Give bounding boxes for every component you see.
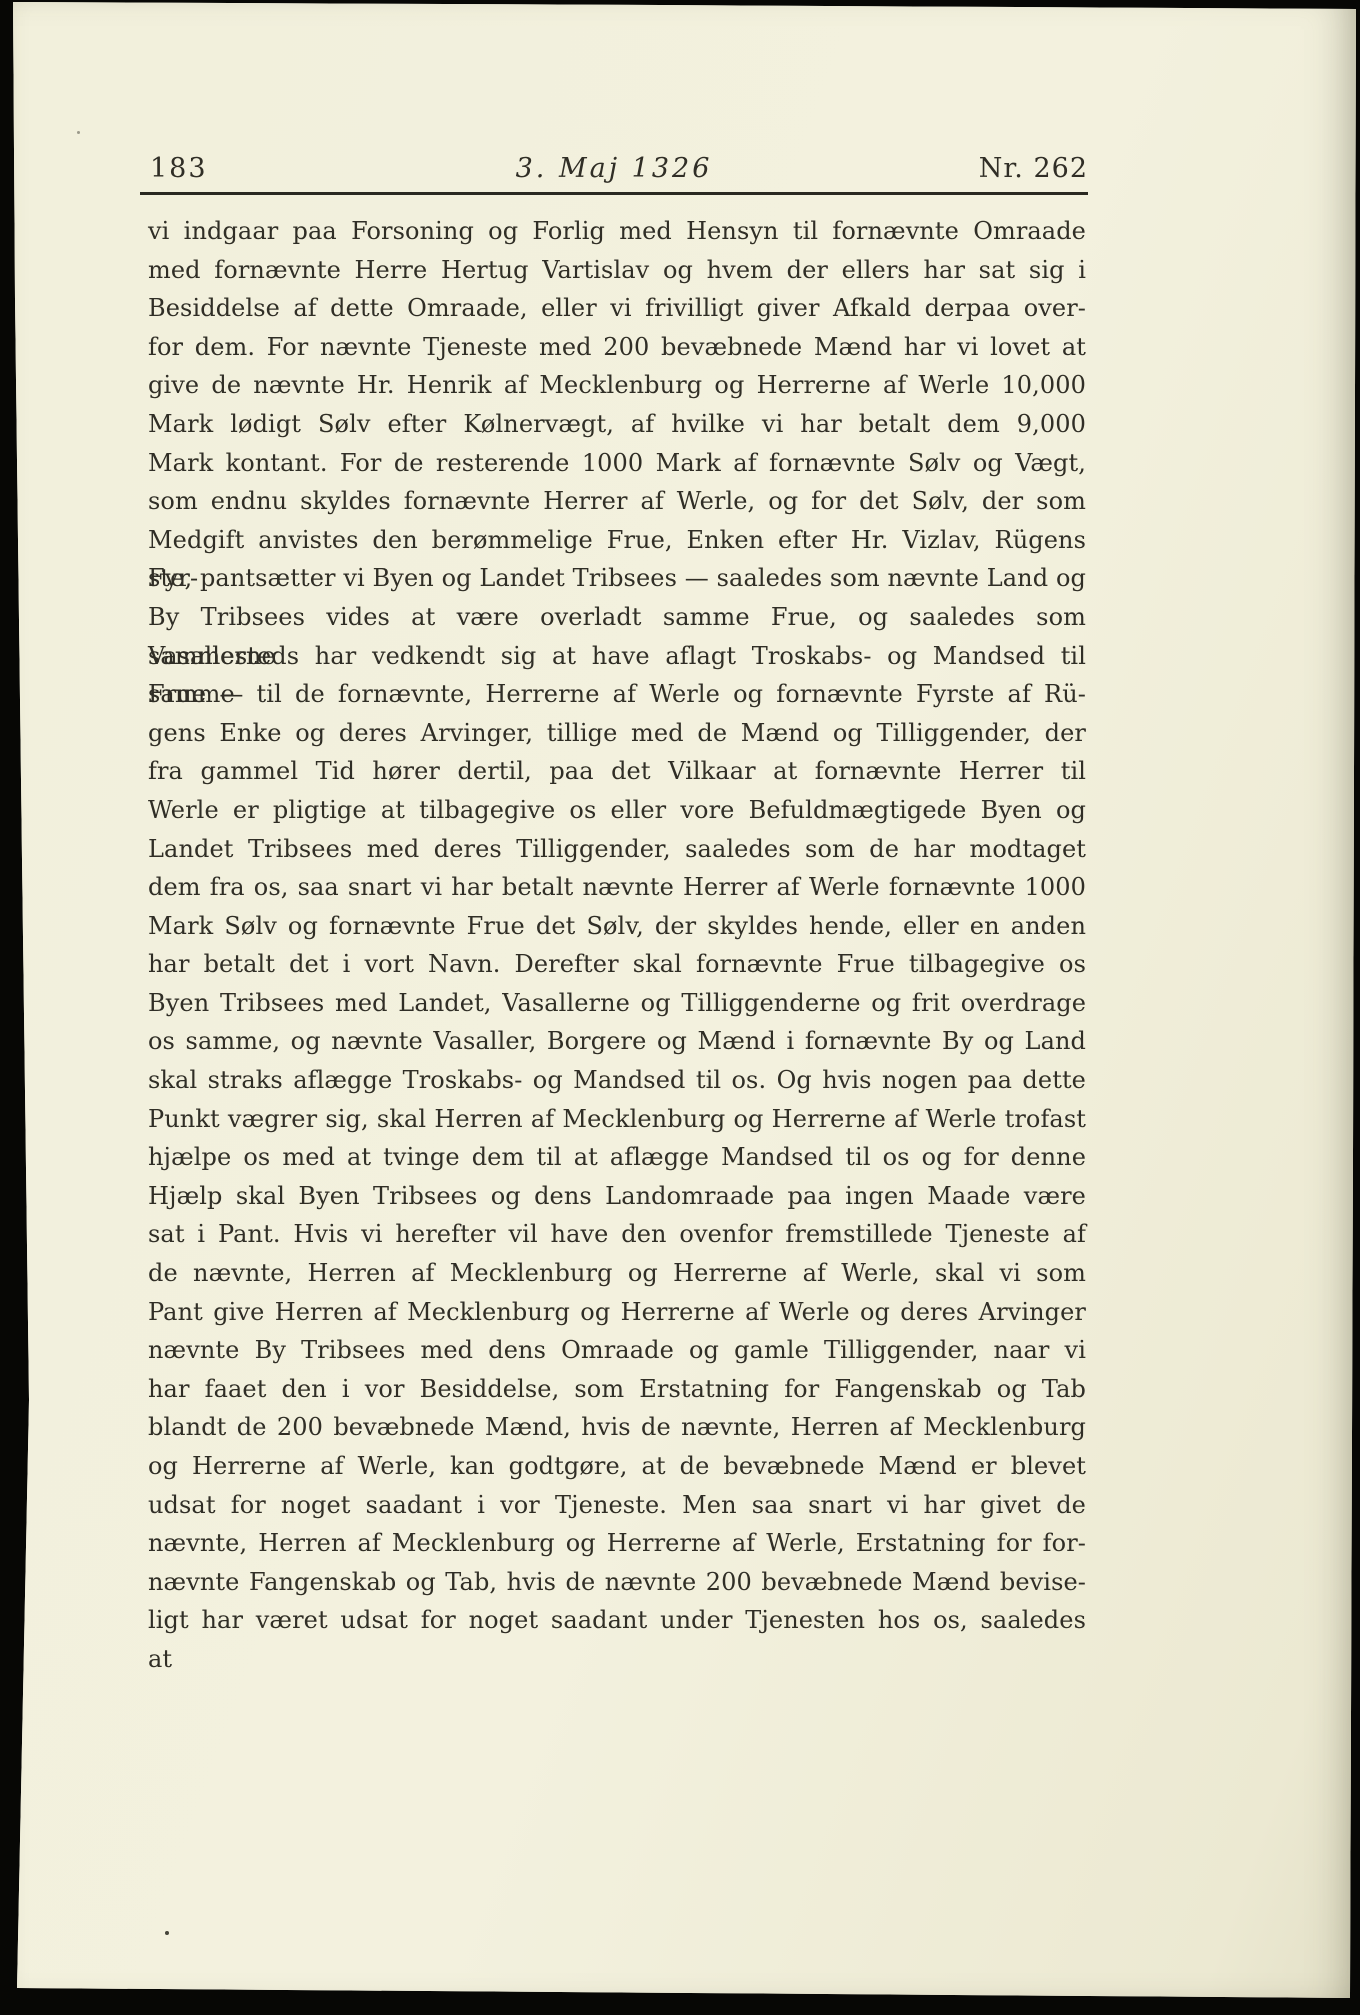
text-line: nævnte, Herren af Mecklenburg og Herrern… — [148, 1524, 1086, 1563]
text-line: skal straks aflægge Troskabs- og Mandsed… — [148, 1061, 1086, 1100]
text-line: give de nævnte Hr. Henrik af Mecklenburg… — [148, 366, 1086, 405]
body-text: vi indgaar paa Forsoning og Forlig med H… — [148, 212, 1086, 1640]
text-line: nævnte Fangenskab og Tab, hvis de nævnte… — [148, 1563, 1086, 1602]
text-line: har faaet den i vor Besiddelse, som Erst… — [148, 1370, 1086, 1409]
text-line: ste, pantsætter vi Byen og Landet Tribse… — [148, 559, 1086, 598]
text-line: Frue — til de fornævnte, Herrerne af Wer… — [148, 675, 1086, 714]
scanned-page-background: { "colors": { "paper": "#f1efdb", "ink":… — [0, 0, 1360, 2015]
text-line: Mark Sølv og fornævnte Frue det Sølv, de… — [148, 907, 1086, 946]
text-line: Werle er pligtige at tilbagegive os elle… — [148, 791, 1086, 830]
text-line: Pant give Herren af Mecklenburg og Herre… — [148, 1293, 1086, 1332]
text-line: blandt de 200 bevæbnede Mænd, hvis de næ… — [148, 1408, 1086, 1447]
paper-speck — [77, 131, 80, 134]
header-rule — [140, 192, 1088, 195]
text-line: Besiddelse af dette Omraade, eller vi fr… — [148, 289, 1086, 328]
text-line: By Tribsees vides at være overladt samme… — [148, 598, 1086, 637]
text-line: Punkt vægrer sig, skal Herren af Mecklen… — [148, 1100, 1086, 1139]
text-line: Byen Tribsees med Landet, Vasallerne og … — [148, 984, 1086, 1023]
text-line: de nævnte, Herren af Mecklenburg og Herr… — [148, 1254, 1086, 1293]
text-line: ligt har været udsat for noget saadant u… — [148, 1601, 1086, 1640]
text-line: dem fra os, saa snart vi har betalt nævn… — [148, 868, 1086, 907]
text-line: har betalt det i vort Navn. Derefter ska… — [148, 945, 1086, 984]
text-line: med fornævnte Herre Hertug Vartislav og … — [148, 251, 1086, 290]
text-line: fra gammel Tid hører dertil, paa det Vil… — [148, 752, 1086, 791]
text-line: hjælpe os med at tvinge dem til at aflæg… — [148, 1138, 1086, 1177]
date-heading: 3. Maj 1326 — [516, 152, 713, 186]
text-line: som endnu skyldes fornævnte Herrer af We… — [148, 482, 1086, 521]
text-line: os samme, og nævnte Vasaller, Borgere og… — [148, 1022, 1086, 1061]
text-line: Medgift anvistes den berømmelige Frue, E… — [148, 521, 1086, 560]
text-line: sat i Pant. Hvis vi herefter vil have de… — [148, 1215, 1086, 1254]
text-line: og Herrerne af Werle, kan godtgøre, at d… — [148, 1447, 1086, 1486]
text-line: for dem. For nævnte Tjeneste med 200 bev… — [148, 328, 1086, 367]
text-line: udsat for noget saadant i vor Tjeneste. … — [148, 1486, 1086, 1525]
page-number: 183 — [150, 152, 208, 186]
text-line: Hjælp skal Byen Tribsees og dens Landomr… — [148, 1177, 1086, 1216]
text-line: nævnte By Tribsees med dens Omraade og g… — [148, 1331, 1086, 1370]
paper-speck — [165, 1931, 169, 1935]
text-line: gens Enke og deres Arvinger, tillige med… — [148, 714, 1086, 753]
text-line: Mark lødigt Sølv efter Kølnervægt, af hv… — [148, 405, 1086, 444]
text-line: Landet Tribsees med deres Tilliggender, … — [148, 830, 1086, 869]
text-line: sammesteds har vedkendt sig at have afla… — [148, 637, 1086, 676]
document-number: Nr. 262 — [979, 152, 1088, 186]
document-page: 183 3. Maj 1326 Nr. 262 vi indgaar paa F… — [0, 0, 1360, 2015]
text-line: vi indgaar paa Forsoning og Forlig med H… — [148, 212, 1086, 251]
text-line: Mark kontant. For de resterende 1000 Mar… — [148, 444, 1086, 483]
